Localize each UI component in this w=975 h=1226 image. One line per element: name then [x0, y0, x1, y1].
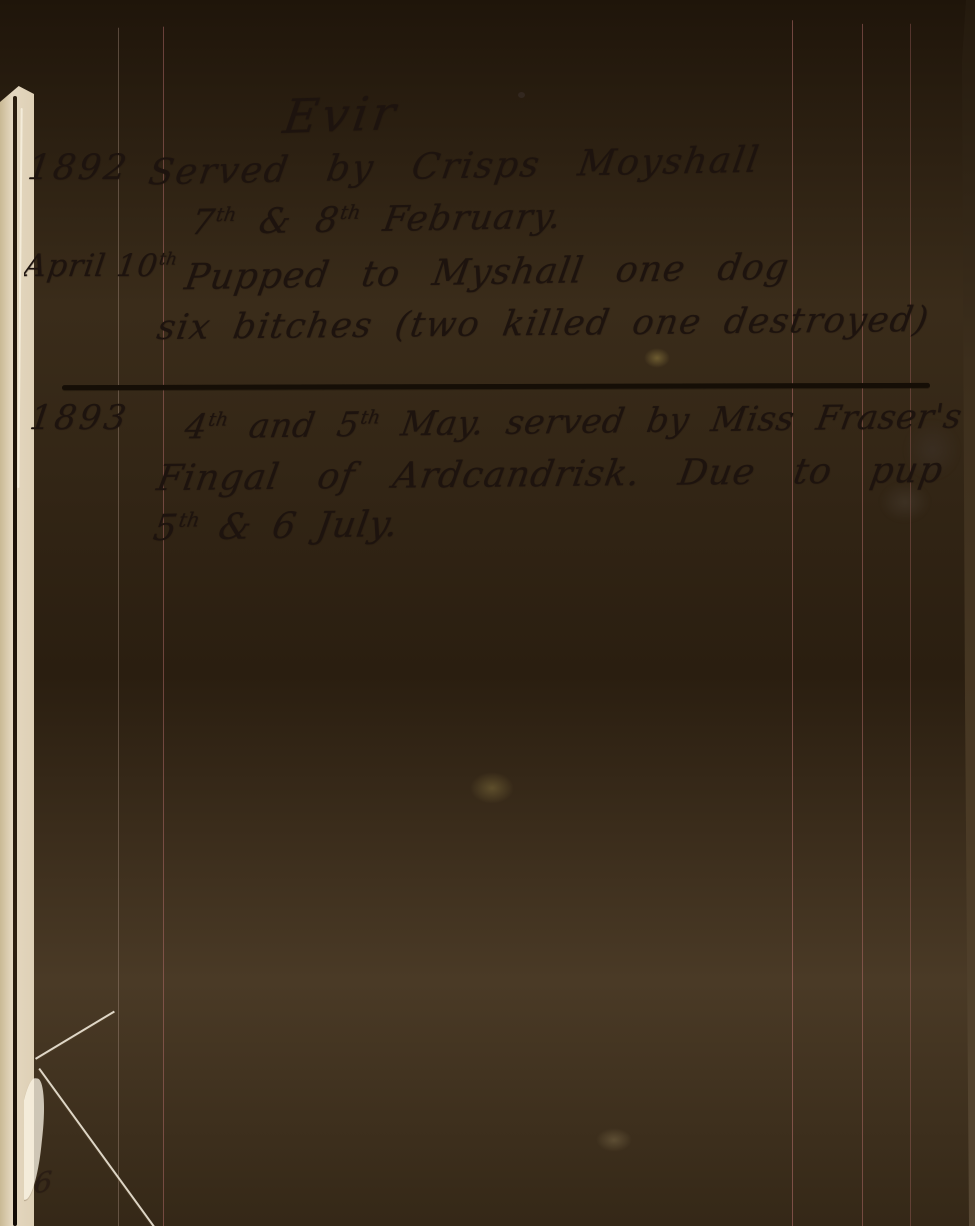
entry-year-1893: 1893 [27, 398, 131, 438]
ink-divider [62, 383, 930, 390]
entry-line: Pupped to Myshall one dog [182, 247, 792, 299]
entry-line: six bitches (two killed one destroyed) [154, 300, 932, 348]
tear-crease [38, 1068, 155, 1226]
entry-line: Fingal of Ardcandrisk. Due to pup [154, 450, 946, 499]
margin-rule-right-2 [862, 10, 863, 1226]
entry-year-1892: 1892 [25, 148, 132, 188]
margin-rule-right-1 [792, 10, 793, 1226]
corner-mark: 6 [33, 1165, 53, 1201]
entry-line: 5th & 6 July. [150, 504, 401, 549]
notebook-page: Evir 1892 Served by Crisps Moyshall 7th … [24, 0, 965, 1226]
ink-speck [518, 92, 525, 98]
scanned-ledger-page: Evir 1892 Served by Crisps Moyshall 7th … [0, 0, 975, 1226]
spine-crease [13, 96, 17, 1226]
margin-rule-left-1 [118, 10, 119, 1226]
stain [596, 1128, 632, 1152]
entry-line: 7th & 8th February. [188, 197, 564, 243]
margin-rule-right-3 [910, 10, 911, 1226]
tear-crease [35, 1011, 115, 1060]
entry-line: Served by Crisps Moyshall [146, 140, 763, 194]
stain [644, 348, 670, 368]
page-heading: Evir [280, 86, 403, 145]
entry-line: 4th and 5th May. served by Miss Fraser's [182, 397, 965, 448]
margin-date: April 10th [21, 248, 178, 284]
stain [470, 772, 514, 804]
